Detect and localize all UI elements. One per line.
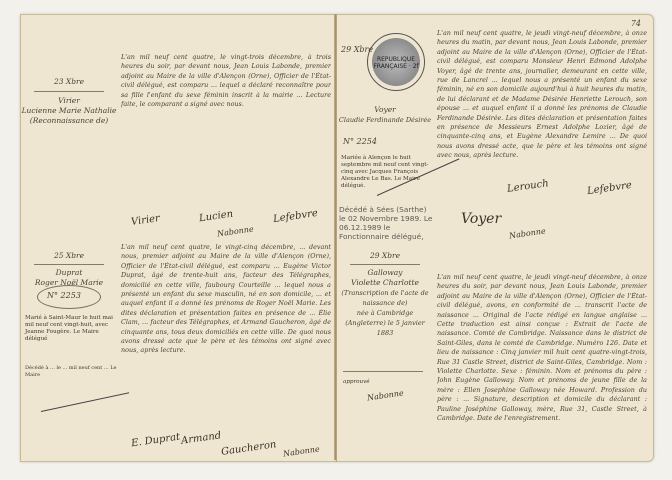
entry-4-margin-signature: Nabonne bbox=[367, 388, 405, 402]
folio-number: 74 bbox=[631, 19, 641, 28]
entry-3-surname: Voyer bbox=[337, 105, 433, 115]
signature-7: Gaucheron bbox=[221, 439, 278, 458]
entry-1-surname: Virier bbox=[21, 96, 117, 106]
entry-3-margin: Voyer Claudie Ferdinande Désirée bbox=[337, 105, 433, 125]
entry-2-surname: Duprat bbox=[21, 268, 117, 278]
entry-4-surname: Galloway bbox=[337, 268, 433, 278]
divider bbox=[34, 264, 104, 265]
tax-stamp-icon: REPUBLIQUE FRANÇAISE · 2f bbox=[367, 33, 425, 91]
entry-1-note: (Reconnaissance de) bbox=[21, 116, 117, 126]
entry-4-birth-place: née à Cambridge (Angleterre) le 5 janvie… bbox=[337, 308, 433, 338]
entry-1-margin: 23 Xbre Virier Lucienne Marie Nathalie (… bbox=[21, 77, 117, 126]
entry-1-given-names: Lucienne Marie Nathalie bbox=[21, 106, 117, 116]
entry-3-given-names: Claudie Ferdinande Désirée bbox=[337, 115, 433, 125]
signature-6: Armand bbox=[180, 430, 221, 447]
entry-1-date: 23 Xbre bbox=[21, 77, 117, 87]
signature-10: Lefebvre bbox=[586, 180, 632, 197]
entry-2-margin-note: Marié à Saint-Maur le huit mai mil neuf … bbox=[25, 315, 117, 343]
entry-2-date: 25 Xbre bbox=[21, 251, 117, 261]
divider bbox=[350, 264, 420, 265]
signature-5: E. Duprat bbox=[130, 432, 180, 450]
strike-line bbox=[41, 392, 129, 412]
entry-3-date: 29 Xbre bbox=[341, 45, 373, 54]
signature-1: Virier bbox=[130, 213, 160, 228]
entry-4-body: L'an mil neuf cent quatre, le jeudi ving… bbox=[437, 273, 647, 439]
entry-3-death-annotation: Décédé à Sées (Sarthe) le 02 Novembre 19… bbox=[339, 205, 435, 241]
signature-11: Nabonne bbox=[509, 226, 547, 240]
entry-3-margin-note: Mariée à Alençon le huit septembre mil n… bbox=[341, 155, 431, 190]
stamp-label: REPUBLIQUE FRANÇAISE · 2f bbox=[368, 56, 424, 70]
signature-8: Nabonne bbox=[283, 444, 321, 458]
signature-voyer: Voyer bbox=[461, 211, 501, 227]
right-register-page: 74 REPUBLIQUE FRANÇAISE · 2f 29 Xbre Voy… bbox=[336, 14, 654, 462]
entry-4-margin: 29 Xbre Galloway Violette Charlotte (Tra… bbox=[337, 251, 433, 338]
entry-3-act-number: N° 2254 bbox=[343, 137, 377, 146]
entry-4-note: (Transcription de l'acte de naissance de… bbox=[337, 288, 433, 308]
signature-9: Lerouch bbox=[506, 178, 549, 195]
entry-4-margin-annotation: approuvé bbox=[343, 379, 370, 386]
entry-2-margin-note-2: Décédé à ... le ... mil neuf cent ... Le… bbox=[25, 365, 117, 379]
entry-2-act-number: N° 2253 bbox=[47, 291, 81, 300]
entry-2-body: L'an mil neuf cent quatre, le vingt-cinq… bbox=[121, 243, 331, 393]
entry-4-given-names: Violette Charlotte bbox=[337, 278, 433, 288]
divider bbox=[343, 371, 423, 372]
left-register-page: 23 Xbre Virier Lucienne Marie Nathalie (… bbox=[20, 14, 337, 462]
divider bbox=[34, 91, 104, 92]
entry-3-body: L'an mil neuf cent quatre, le jeudi ving… bbox=[437, 29, 647, 167]
entry-4-date: 29 Xbre bbox=[337, 251, 433, 261]
entry-2-margin: 25 Xbre Duprat Roger Noël Marie bbox=[21, 251, 117, 288]
signature-4: Nabonne bbox=[217, 224, 255, 238]
entry-1-body: L'an mil neuf cent quatre, le vingt-troi… bbox=[121, 53, 331, 213]
